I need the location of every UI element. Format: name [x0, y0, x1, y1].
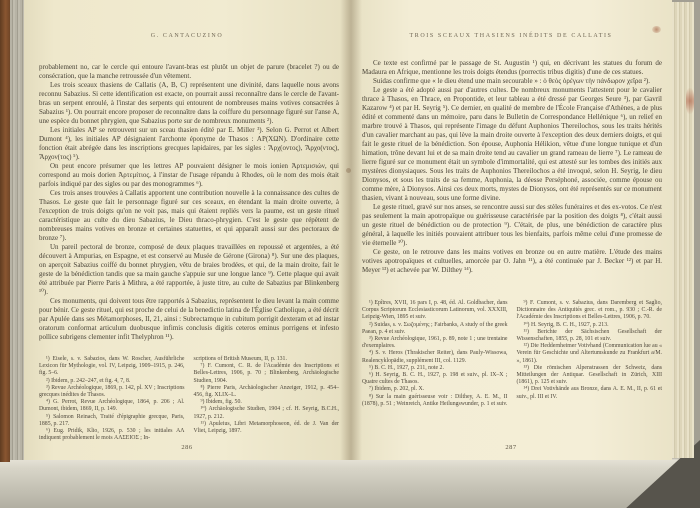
footnote: ⁶) H. Seyrig, B. C. H., 1927, p. 198 et …: [362, 372, 508, 386]
page-number-right: 287: [350, 444, 672, 451]
paragraph: Ces trois anses trouvées à Callatis appo…: [39, 189, 339, 243]
paragraph: Le geste rituel, gravé sur nos anses, se…: [362, 203, 662, 248]
footnote-column: ¹) Eisele, s. v. Sabazios, dans W. Rosch…: [39, 356, 185, 442]
right-page-edges: [672, 2, 694, 458]
footnote: ²) Suidas, s. v. Σωζομένης ; Fairbanks, …: [362, 322, 508, 336]
footnote: ¹⁰) Archäologische Studien, 1904 ; cf. H…: [194, 406, 340, 420]
footnote: ¹) Epîtres, XVII, 16 pars I, p. 48, éd. …: [362, 300, 508, 322]
book-spread-photo: G. CANTACUZINO probablement no, car le c…: [0, 0, 700, 508]
gutter-shadow: [340, 0, 362, 460]
footnote-column: ¹) Epîtres, XVII, 16 pars I, p. 48, éd. …: [362, 300, 508, 408]
footnote: ⁹) F. Cumont, s. v. Sabazius, dans Darem…: [517, 300, 663, 322]
footnote: ¹¹) Berichte der Sächsischen Gesellschaf…: [517, 329, 663, 343]
footnote: ¹⁰) H. Seyrig, B. C. H., 1927, p. 213.: [517, 322, 663, 329]
table-surface: [0, 458, 700, 508]
book-cover-edge: [0, 0, 10, 462]
footnote: ⁴) G. Perrot, Revue Archéologique, 1864,…: [39, 399, 185, 413]
right-page-footnotes: ¹) Epîtres, XVII, 16 pars I, p. 48, éd. …: [362, 300, 662, 408]
footnote: ¹²) Die Heddernheimer Votivhand (Communi…: [517, 343, 663, 365]
paragraph: Ces monuments, qui doivent tous être rap…: [39, 297, 339, 342]
left-page-body: probablement no, car le cercle qui entou…: [39, 63, 339, 355]
paragraph: Ce texte est confirmé par le passage de …: [362, 59, 662, 77]
paragraph: On peut encore présumer que les lettres …: [39, 162, 339, 189]
page-number-left: 286: [24, 444, 350, 451]
footnote: ²) Ibidem, p. 242–247, et fig. 4, 7, 8.: [39, 378, 185, 385]
footnote: ⁵) B. C. H., 1927, p. 211, note 2.: [362, 365, 508, 372]
paragraph: Le geste a été adopté aussi par d'autres…: [362, 86, 662, 203]
footnote: ¹¹) Apuleius, Libri Metamorphoseon, éd. …: [194, 421, 340, 435]
paragraph: Ce geste, on le retrouve dans les mains …: [362, 248, 662, 275]
right-page: TROIS SCEAUX THASIENS INÉDITS DE CALLATI…: [350, 0, 672, 460]
paragraph: Suidas confirme que « le dieu étend une …: [362, 77, 662, 86]
running-head-title: TROIS SCEAUX THASIENS INÉDITS DE CALLATI…: [350, 33, 672, 39]
footnote: ⁴) S. v. Heros (Thrakischer Reiter), dan…: [362, 350, 508, 364]
footnote-column: scriptions of British Museum, II, p. 131…: [194, 356, 340, 442]
footnote: ⁸) Sur la main guérisseuse voir : Dilthe…: [362, 394, 508, 408]
paragraph: Les initiales ΑΡ se retrouvent sur un sc…: [39, 126, 339, 162]
footnote: ⁵) Salomon Reinach, Traité d'épigraphie …: [39, 414, 185, 428]
stain: [686, 88, 694, 114]
left-page: G. CANTACUZINO probablement no, car le c…: [24, 0, 350, 460]
footnote-column: ⁹) F. Cumont, s. v. Sabazius, dans Darem…: [517, 300, 663, 408]
footnote: ³) Revue Archéologique, 1961, p. 89, not…: [362, 336, 508, 350]
footnote: ⁶) Eug. Pridik, Klio, 1926, p. 530 ; les…: [39, 428, 185, 442]
footnote: ¹) Eisele, s. v. Sabazios, dans W. Rosch…: [39, 356, 185, 378]
paragraph: Un pareil pectoral de bronze, composé de…: [39, 243, 339, 297]
right-page-body: Ce texte est confirmé par le passage de …: [362, 59, 662, 297]
paragraph: probablement no, car le cercle qui entou…: [39, 63, 339, 81]
footnote: ¹⁴) Drei Votivhände aus Bronze, dans A. …: [517, 386, 663, 400]
footnote: ¹³) Die römischen Alpenstrassen der Schw…: [517, 365, 663, 387]
paragraph: Les trois sceaux thasiens de Callatis (A…: [39, 81, 339, 126]
left-page-edges: [10, 0, 24, 460]
stain: [346, 168, 351, 173]
left-page-footnotes: ¹) Eisele, s. v. Sabazios, dans W. Rosch…: [39, 356, 339, 442]
footnote: ⁷) Ibidem, p. 202, pl. X.: [362, 386, 508, 393]
footnote: ³) Revue Archéologique, 1869, p. 142, pl…: [39, 385, 185, 399]
stain: [652, 26, 661, 33]
footnote: ⁷) F. Cumont, C. R. de l'Académie des In…: [194, 363, 340, 385]
footnote: ⁸) Pierre Paris, Archäologischer Anzeige…: [194, 385, 340, 399]
running-head-author: G. CANTACUZINO: [24, 33, 350, 39]
